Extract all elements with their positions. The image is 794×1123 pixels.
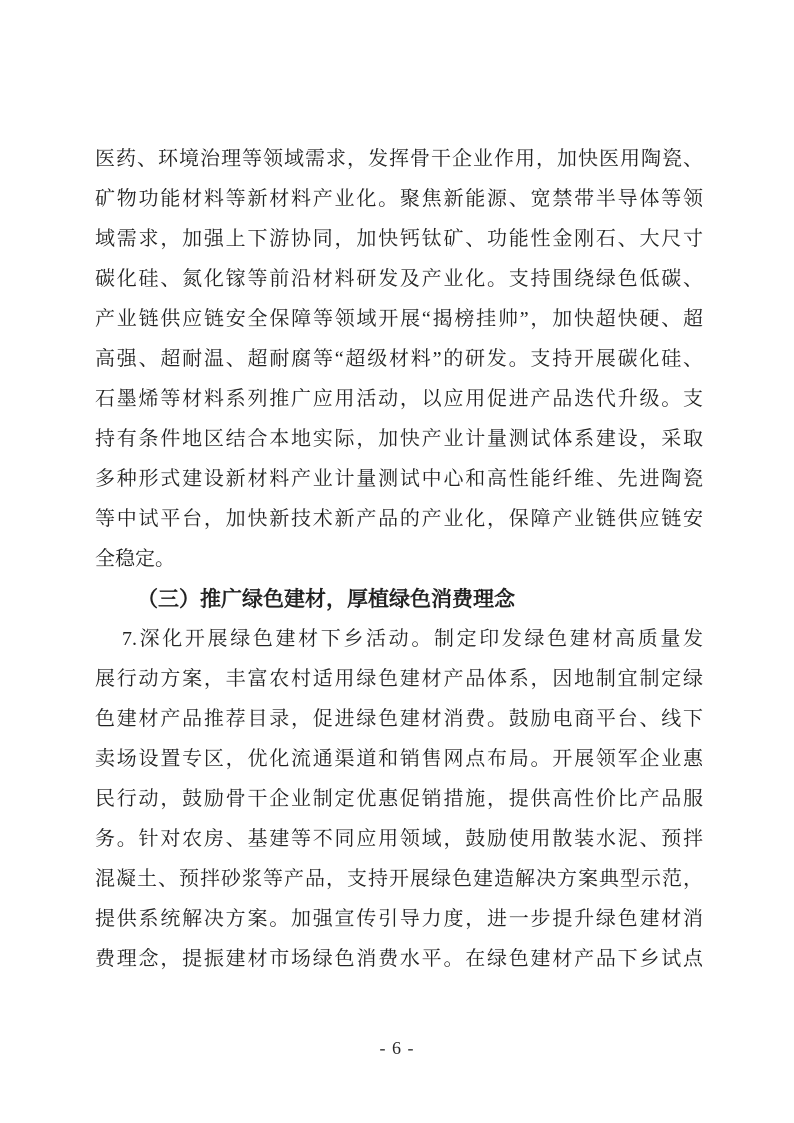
document-page: 医药、环境治理等领域需求，发挥骨干企业作用，加快医用陶瓷、矿物功能材料等新材料产… bbox=[0, 0, 794, 1123]
text-line: 持有条件地区结合本地实际，加快产业计量测试体系建设，采取 bbox=[95, 419, 703, 459]
text-line: 卖场设置专区，优化流通渠道和销售网点布局。开展领军企业惠 bbox=[95, 739, 703, 779]
text-line: 矿物功能材料等新材料产业化。聚焦新能源、宽禁带半导体等领 bbox=[95, 179, 703, 219]
text-line: 混凝土、预拌砂浆等产品，支持开展绿色建造解决方案典型示范， bbox=[95, 859, 703, 899]
text-line: 展行动方案，丰富农村适用绿色建材产品体系，因地制宜制定绿 bbox=[95, 659, 703, 699]
page-number: - 6 - bbox=[0, 1033, 794, 1063]
text-line: 色建材产品推荐目录，促进绿色建材消费。鼓励电商平台、线下 bbox=[95, 699, 703, 739]
text-line: 等中试平台，加快新技术新产品的产业化，保障产业链供应链安 bbox=[95, 499, 703, 539]
text-line: 医药、环境治理等领域需求，发挥骨干企业作用，加快医用陶瓷、 bbox=[95, 139, 703, 179]
text-line: 碳化硅、氮化镓等前沿材料研发及产业化。支持围绕绿色低碳、 bbox=[95, 259, 703, 299]
text-line: 务。针对农房、基建等不同应用领域，鼓励使用散装水泥、预拌 bbox=[95, 819, 703, 859]
text-line: 高强、超耐温、超耐腐等“超级材料”的研发。支持开展碳化硅、 bbox=[95, 339, 703, 379]
text-line: 民行动，鼓励骨干企业制定优惠促销措施，提供高性价比产品服 bbox=[95, 779, 703, 819]
text-line: 多种形式建设新材料产业计量测试中心和高性能纤维、先进陶瓷 bbox=[95, 459, 703, 499]
text-line: 产业链供应链安全保障等领域开展“揭榜挂帅”，加快超快硬、超 bbox=[95, 299, 703, 339]
text-line: 费理念，提振建材市场绿色消费水平。在绿色建材产品下乡试点 bbox=[95, 939, 703, 979]
text-line: 域需求，加强上下游协同，加快钙钛矿、功能性金刚石、大尺寸 bbox=[95, 219, 703, 259]
document-body: 医药、环境治理等领域需求，发挥骨干企业作用，加快医用陶瓷、矿物功能材料等新材料产… bbox=[95, 139, 703, 979]
section-heading: （三）推广绿色建材，厚植绿色消费理念 bbox=[95, 579, 703, 619]
text-line: 提供系统解决方案。加强宣传引导力度，进一步提升绿色建材消 bbox=[95, 899, 703, 939]
text-line: 全稳定。 bbox=[95, 539, 703, 579]
text-line: 7.深化开展绿色建材下乡活动。制定印发绿色建材高质量发 bbox=[95, 619, 703, 659]
text-line: 石墨烯等材料系列推广应用活动，以应用促进产品迭代升级。支 bbox=[95, 379, 703, 419]
